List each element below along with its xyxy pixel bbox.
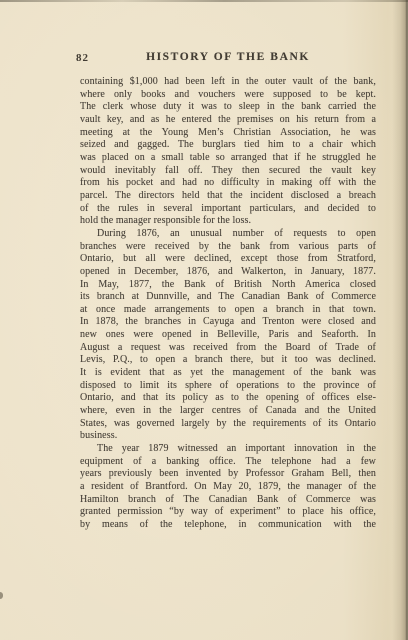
text-line: years previously been invented by Profes… xyxy=(80,468,376,481)
text-line: business. xyxy=(80,430,376,443)
scan-top-edge xyxy=(0,0,408,2)
scan-speck xyxy=(0,592,3,599)
text-line: where only books and vouchers were suppo… xyxy=(80,89,376,102)
text-line: Hamilton branch of The Canadian Bank of … xyxy=(80,494,376,507)
text-line: In May, 1877, the Bank of British North … xyxy=(80,279,376,292)
text-line: by means of the telephone, in communicat… xyxy=(80,519,376,532)
text-line: The year 1879 witnessed an important inn… xyxy=(80,443,376,456)
text-line: States, was governed largely by the requ… xyxy=(80,418,376,431)
text-line: where, even in the larger centres of Can… xyxy=(80,405,376,418)
book-page: 82 HISTORY OF THE BANK containing $1,000… xyxy=(0,0,408,640)
text-line: new ones were opened in Belleville, Pari… xyxy=(80,329,376,342)
text-line: vault key, and as he entered the premise… xyxy=(80,114,376,127)
text-line: branches were received by the bank from … xyxy=(80,241,376,254)
body-text: containing $1,000 had been left in the o… xyxy=(80,76,376,532)
text-line: parcel. The directors held that the inci… xyxy=(80,190,376,203)
text-line: In 1878, the branches in Cayuga and Tren… xyxy=(80,316,376,329)
text-line: a resident of Brantford. On May 20, 1879… xyxy=(80,481,376,494)
paragraph: containing $1,000 had been left in the o… xyxy=(80,76,376,228)
text-line: Levis, P.Q., to open a branch there, but… xyxy=(80,354,376,367)
text-line: opened in December, 1876, and Walkerton,… xyxy=(80,266,376,279)
text-line: hold the manager responsible for the los… xyxy=(80,215,376,228)
text-line: granted permission “by way of experiment… xyxy=(80,506,376,519)
text-line: It is evident that as yet the management… xyxy=(80,367,376,380)
running-title: HISTORY OF THE BANK xyxy=(80,51,376,63)
text-line: of the rules in several important partic… xyxy=(80,203,376,216)
text-line: Ontario, and that its policy as to the o… xyxy=(80,392,376,405)
page-number: 82 xyxy=(76,52,89,64)
page-edge-shadow xyxy=(392,0,408,640)
text-line: containing $1,000 had been left in the o… xyxy=(80,76,376,89)
paragraph: During 1876, an unusual number of reques… xyxy=(80,228,376,443)
text-line: seized and gagged. The burglars tied him… xyxy=(80,139,376,152)
text-line: its branch at Dunnville, and The Canadia… xyxy=(80,291,376,304)
text-line: would inevitably fall off. They then sec… xyxy=(80,165,376,178)
text-line: The clerk whose duty it was to sleep in … xyxy=(80,101,376,114)
text-line: equipment of a banking office. The telep… xyxy=(80,456,376,469)
text-line: at once made arrangements to open a bran… xyxy=(80,304,376,317)
text-line: meeting at the Young Men’s Christian Ass… xyxy=(80,127,376,140)
text-line: was placed on a small table so arranged … xyxy=(80,152,376,165)
text-line: from his pocket and had no difficulty in… xyxy=(80,177,376,190)
text-line: disposed to limit its sphere of operatio… xyxy=(80,380,376,393)
text-line: August a request was received from the B… xyxy=(80,342,376,355)
page-header: 82 HISTORY OF THE BANK xyxy=(80,51,376,63)
text-line: Ontario, but all were declined, except t… xyxy=(80,253,376,266)
text-line: During 1876, an unusual number of reques… xyxy=(80,228,376,241)
paragraph: The year 1879 witnessed an important inn… xyxy=(80,443,376,532)
